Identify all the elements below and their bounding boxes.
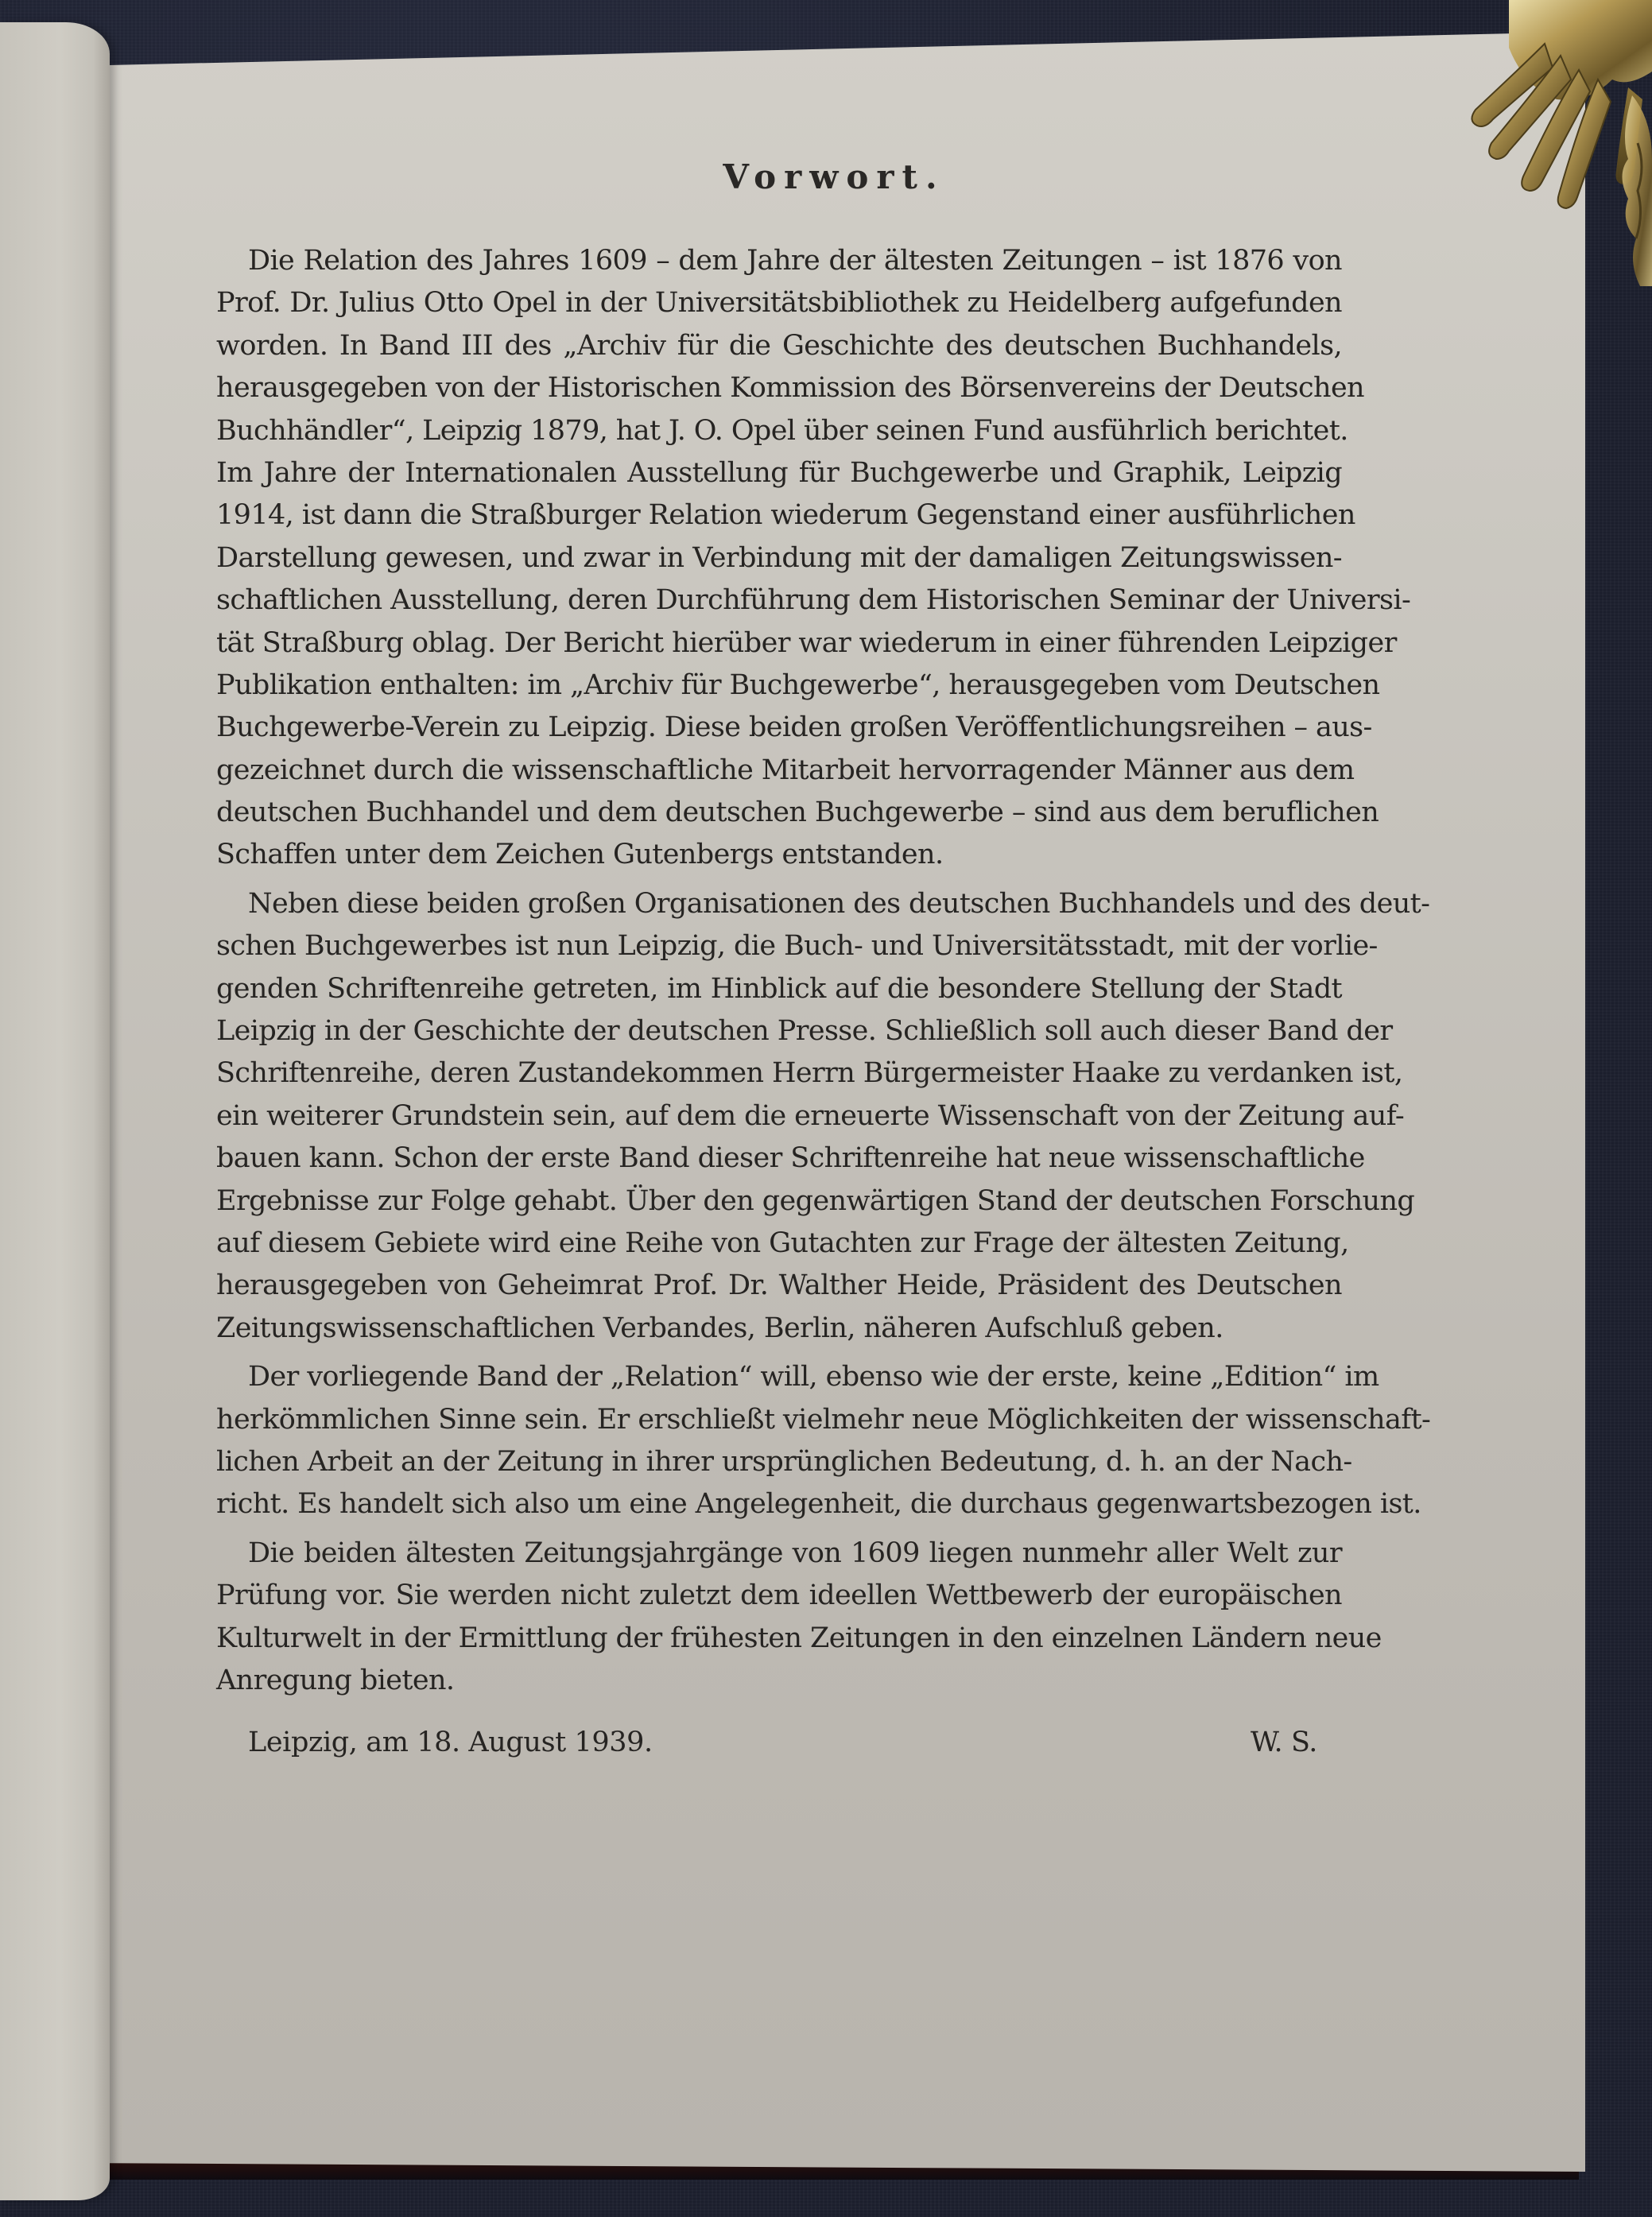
text-line: schaftlichen Ausstellung, deren Durchfüh… [216, 579, 1342, 622]
text-line: herausgegeben von Geheimrat Prof. Dr. Wa… [216, 1265, 1342, 1307]
text-line: Anregung bieten. [216, 1660, 1342, 1702]
paragraph-1: Die Relation des Jahres 1609 – dem Jahre… [216, 240, 1342, 877]
text-line: gezeichnet durch die wissenschaftliche M… [216, 750, 1342, 792]
place-and-date: Leipzig, am 18. August 1939. [248, 1727, 653, 1758]
paragraph-3: Der vorliegende Band der „Relation“ will… [216, 1356, 1342, 1526]
text-line: deutschen Buchhandel und dem deutschen B… [216, 792, 1342, 834]
text-line: herkömmlichen Sinne sein. Er erschließt … [216, 1399, 1342, 1441]
text-line: tät Straßburg oblag. Der Bericht hierübe… [216, 622, 1342, 665]
text-line: Buchgewerbe-Verein zu Leipzig. Diese bei… [216, 707, 1342, 749]
body-text: Die Relation des Jahres 1609 – dem Jahre… [216, 240, 1342, 1702]
paragraph-4: Die beiden ältesten Zeitungsjahrgänge vo… [216, 1533, 1342, 1703]
text-line: bauen kann. Schon der erste Band dieser … [216, 1138, 1342, 1180]
text-line: worden. In Band III des „Archiv für die … [216, 325, 1342, 367]
paragraph-2: Neben diese beiden großen Organisationen… [216, 883, 1342, 1350]
text-line: Zeitungswissenschaftlichen Verbandes, Be… [216, 1308, 1342, 1350]
text-line: Publikation enthalten: im „Archiv für Bu… [216, 665, 1342, 707]
facing-left-page [0, 22, 110, 2200]
brass-hand-clip-icon [1390, 0, 1652, 286]
text-line: Kulturwelt in der Ermittlung der frühest… [216, 1618, 1342, 1660]
text-line: Ergebnisse zur Folge gehabt. Über den ge… [216, 1180, 1342, 1223]
text-line: ein weiterer Grundstein sein, auf dem di… [216, 1095, 1342, 1138]
text-line: richt. Es handelt sich also um eine Ange… [216, 1483, 1342, 1525]
signature-line: Leipzig, am 18. August 1939. W. S. [248, 1727, 1317, 1758]
text-line: Die Relation des Jahres 1609 – dem Jahre… [216, 240, 1342, 282]
text-line: Prüfung vor. Sie werden nicht zuletzt de… [216, 1575, 1342, 1617]
text-line: 1914, ist dann die Straßburger Relation … [216, 494, 1342, 537]
text-line: Im Jahre der Internationalen Ausstellung… [216, 452, 1342, 494]
text-line: Schriftenreihe, deren Zustandekommen Her… [216, 1052, 1342, 1095]
text-line: Buchhändler“, Leipzig 1879, hat J. O. Op… [216, 410, 1342, 452]
text-line: herausgegeben von der Historischen Kommi… [216, 367, 1342, 409]
text-line: genden Schriftenreihe getreten, im Hinbl… [216, 968, 1342, 1010]
text-line: Die beiden ältesten Zeitungsjahrgänge vo… [216, 1533, 1342, 1575]
author-initials: W. S. [1251, 1727, 1317, 1758]
text-line: Darstellung gewesen, und zwar in Verbind… [216, 537, 1342, 579]
text-line: auf diesem Gebiete wird eine Reihe von G… [216, 1223, 1342, 1265]
text-line: schen Buchgewerbes ist nun Leipzig, die … [216, 925, 1342, 967]
text-line: Neben diese beiden großen Organisationen… [216, 883, 1342, 925]
text-line: Leipzig in der Geschichte der deutschen … [216, 1010, 1342, 1052]
text-line: Schaffen unter dem Zeichen Gutenbergs en… [216, 834, 1342, 876]
text-line: Prof. Dr. Julius Otto Opel in der Univer… [216, 282, 1342, 324]
text-line: Der vorliegende Band der „Relation“ will… [216, 1356, 1342, 1398]
text-line: lichen Arbeit an der Zeitung in ihrer ur… [216, 1441, 1342, 1483]
